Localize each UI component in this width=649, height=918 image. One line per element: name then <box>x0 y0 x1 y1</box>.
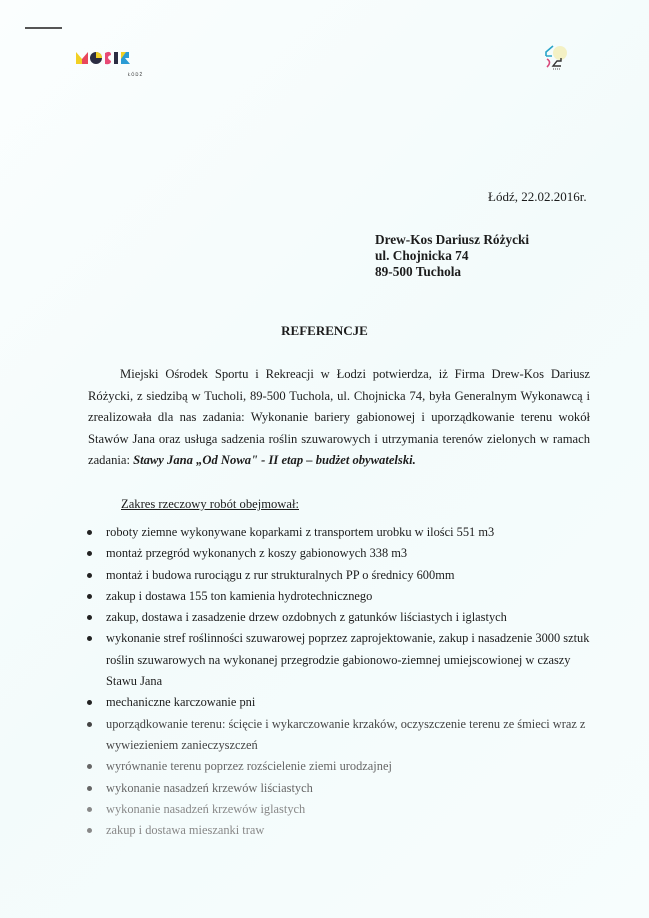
scope-item-text: zakup i dostawa mieszanki traw <box>106 823 264 837</box>
bullet-icon <box>87 636 92 641</box>
scanned-letter-page: ŁÓDŹ Łódź, 22.02.2016r. Drew-Kos Dariusz… <box>0 0 649 918</box>
lodz-city-logo <box>540 40 570 74</box>
bullet-icon <box>87 594 92 599</box>
scope-item-text: wykonanie stref roślinności szuwarowej p… <box>106 631 589 688</box>
bullet-icon <box>87 573 92 578</box>
bullet-icon <box>87 807 92 812</box>
scope-item-text: wykonanie nasadzeń krzewów iglastych <box>106 802 305 816</box>
recipient-street: ul. Chojnicka 74 <box>375 248 529 264</box>
scope-item-text: uporządkowanie terenu: ścięcie i wykarcz… <box>106 717 585 752</box>
scope-list-item: wykonanie stref roślinności szuwarowej p… <box>87 628 597 692</box>
recipient-address: Drew-Kos Dariusz Różycki ul. Chojnicka 7… <box>375 232 529 280</box>
scope-item-text: wyrównanie terenu poprzez rozścielenie z… <box>106 759 392 773</box>
scope-list-item: zakup i dostawa 155 ton kamienia hydrote… <box>87 586 597 607</box>
bullet-icon <box>87 551 92 556</box>
bullet-icon <box>87 786 92 791</box>
scope-item-text: montaż przegród wykonanych z koszy gabio… <box>106 546 407 560</box>
scope-item-text: zakup i dostawa 155 ton kamienia hydrote… <box>106 589 372 603</box>
document-title: REFERENCJE <box>0 323 649 339</box>
scope-list: roboty ziemne wykonywane koparkami z tra… <box>87 522 597 841</box>
scope-item-text: zakup, dostawa i zasadzenie drzew ozdobn… <box>106 610 507 624</box>
body-text: Miejski Ośrodek Sportu i Rekreacji w Łod… <box>88 367 590 467</box>
scope-list-item: uporządkowanie terenu: ścięcie i wykarcz… <box>87 714 597 757</box>
scope-list-item: wyrównanie terenu poprzez rozścielenie z… <box>87 756 597 777</box>
scope-list-item: zakup i dostawa mieszanki traw <box>87 820 597 841</box>
scope-list-item: mechaniczne karczowanie pni <box>87 692 597 713</box>
project-name: Stawy Jana „Od Nowa" - II etap – budżet … <box>133 453 416 467</box>
bullet-icon <box>87 764 92 769</box>
mosir-logo: ŁÓDŹ <box>76 50 143 74</box>
bullet-icon <box>87 615 92 620</box>
scope-list-item: montaż przegród wykonanych z koszy gabio… <box>87 543 597 564</box>
scope-heading: Zakres rzeczowy robót obejmował: <box>121 497 299 512</box>
scope-list-item: wykonanie nasadzeń krzewów liściastych <box>87 778 597 799</box>
bullet-icon <box>87 700 92 705</box>
bullet-icon <box>87 530 92 535</box>
recipient-name: Drew-Kos Dariusz Różycki <box>375 232 529 248</box>
scope-list-item: wykonanie nasadzeń krzewów iglastych <box>87 799 597 820</box>
recipient-city: 89-500 Tuchola <box>375 264 529 280</box>
reference-body: Miejski Ośrodek Sportu i Rekreacji w Łod… <box>88 364 590 472</box>
scope-item-text: mechaniczne karczowanie pni <box>106 695 255 709</box>
bullet-icon <box>87 722 92 727</box>
letter-date: Łódź, 22.02.2016r. <box>488 189 587 205</box>
scope-item-text: montaż i budowa rurociągu z rur struktur… <box>106 568 454 582</box>
bullet-icon <box>87 828 92 833</box>
scope-list-item: roboty ziemne wykonywane koparkami z tra… <box>87 522 597 543</box>
scope-list-item: montaż i budowa rurociągu z rur struktur… <box>87 565 597 586</box>
scope-list-item: zakup, dostawa i zasadzenie drzew ozdobn… <box>87 607 597 628</box>
lodz-logo-icon <box>540 40 570 74</box>
mosir-logo-subtext: ŁÓDŹ <box>128 72 143 77</box>
scope-item-text: wykonanie nasadzeń krzewów liściastych <box>106 781 313 795</box>
scan-artifact-line <box>25 27 62 29</box>
mosir-logo-icon <box>76 50 138 66</box>
scope-item-text: roboty ziemne wykonywane koparkami z tra… <box>106 525 494 539</box>
